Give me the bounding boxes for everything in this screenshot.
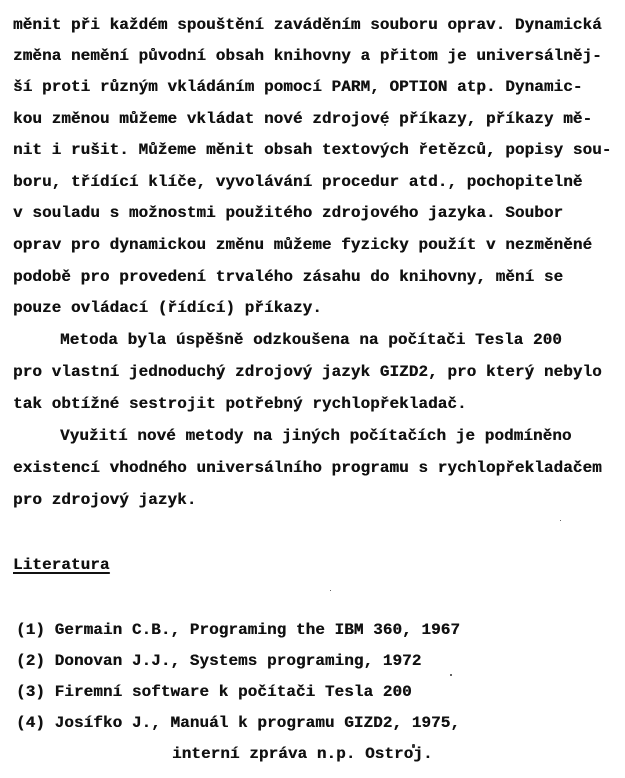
text-line: ší proti různým vkládáním pomocí PARM, O… [13,78,582,96]
reference-item: (4) Josífko J., Manuál k programu GIZD2,… [16,714,460,732]
reference-continuation: interní zpráva n.p. Ostroj. [172,745,433,763]
text-line: pouze ovládací (řídící) příkazy. [13,299,322,317]
text-line: pro vlastní jednoduchý zdrojový jazyk GI… [13,363,602,381]
scan-speck [450,674,452,676]
text-line: boru, třídící klíče, vyvolávání procedur… [13,173,582,191]
text-line: nit i rušit. Můžeme měnit obsah textovýc… [13,141,611,159]
scan-speck [412,744,415,748]
scan-speck [330,590,331,591]
reference-item: (1) Germain C.B., Programing the IBM 360… [16,621,460,639]
text-line: měnit při každém spouštění zaváděním sou… [13,16,602,34]
text-line: existencí vhodného universálního program… [13,459,602,477]
reference-item: (2) Donovan J.J., Systems programing, 19… [16,652,421,670]
scan-speck [560,520,561,521]
text-line: kou změnou můžeme vkládat nové zdrojové … [13,110,592,128]
text-line: v souladu s možnostmi použitého zdrojové… [13,204,563,222]
section-heading: Literatura [13,556,110,574]
typewritten-page: měnit při každém spouštění zaváděním sou… [0,0,625,778]
text-line: Využití nové metody na jiných počítačích… [60,427,572,445]
text-line: Metoda byla úspěšně odzkoušena na počíta… [60,331,562,349]
text-line: podobě pro provedení trvalého zásahu do … [13,268,563,286]
text-line: oprav pro dynamickou změnu můžeme fyzick… [13,236,592,254]
scan-speck [384,124,386,126]
text-line: změna nemění původní obsah knihovny a př… [13,47,602,65]
reference-item: (3) Firemní software k počítači Tesla 20… [16,683,412,701]
text-line: tak obtížné sestrojit potřebný rychlopře… [13,395,467,413]
text-line: pro zdrojový jazyk. [13,491,196,509]
